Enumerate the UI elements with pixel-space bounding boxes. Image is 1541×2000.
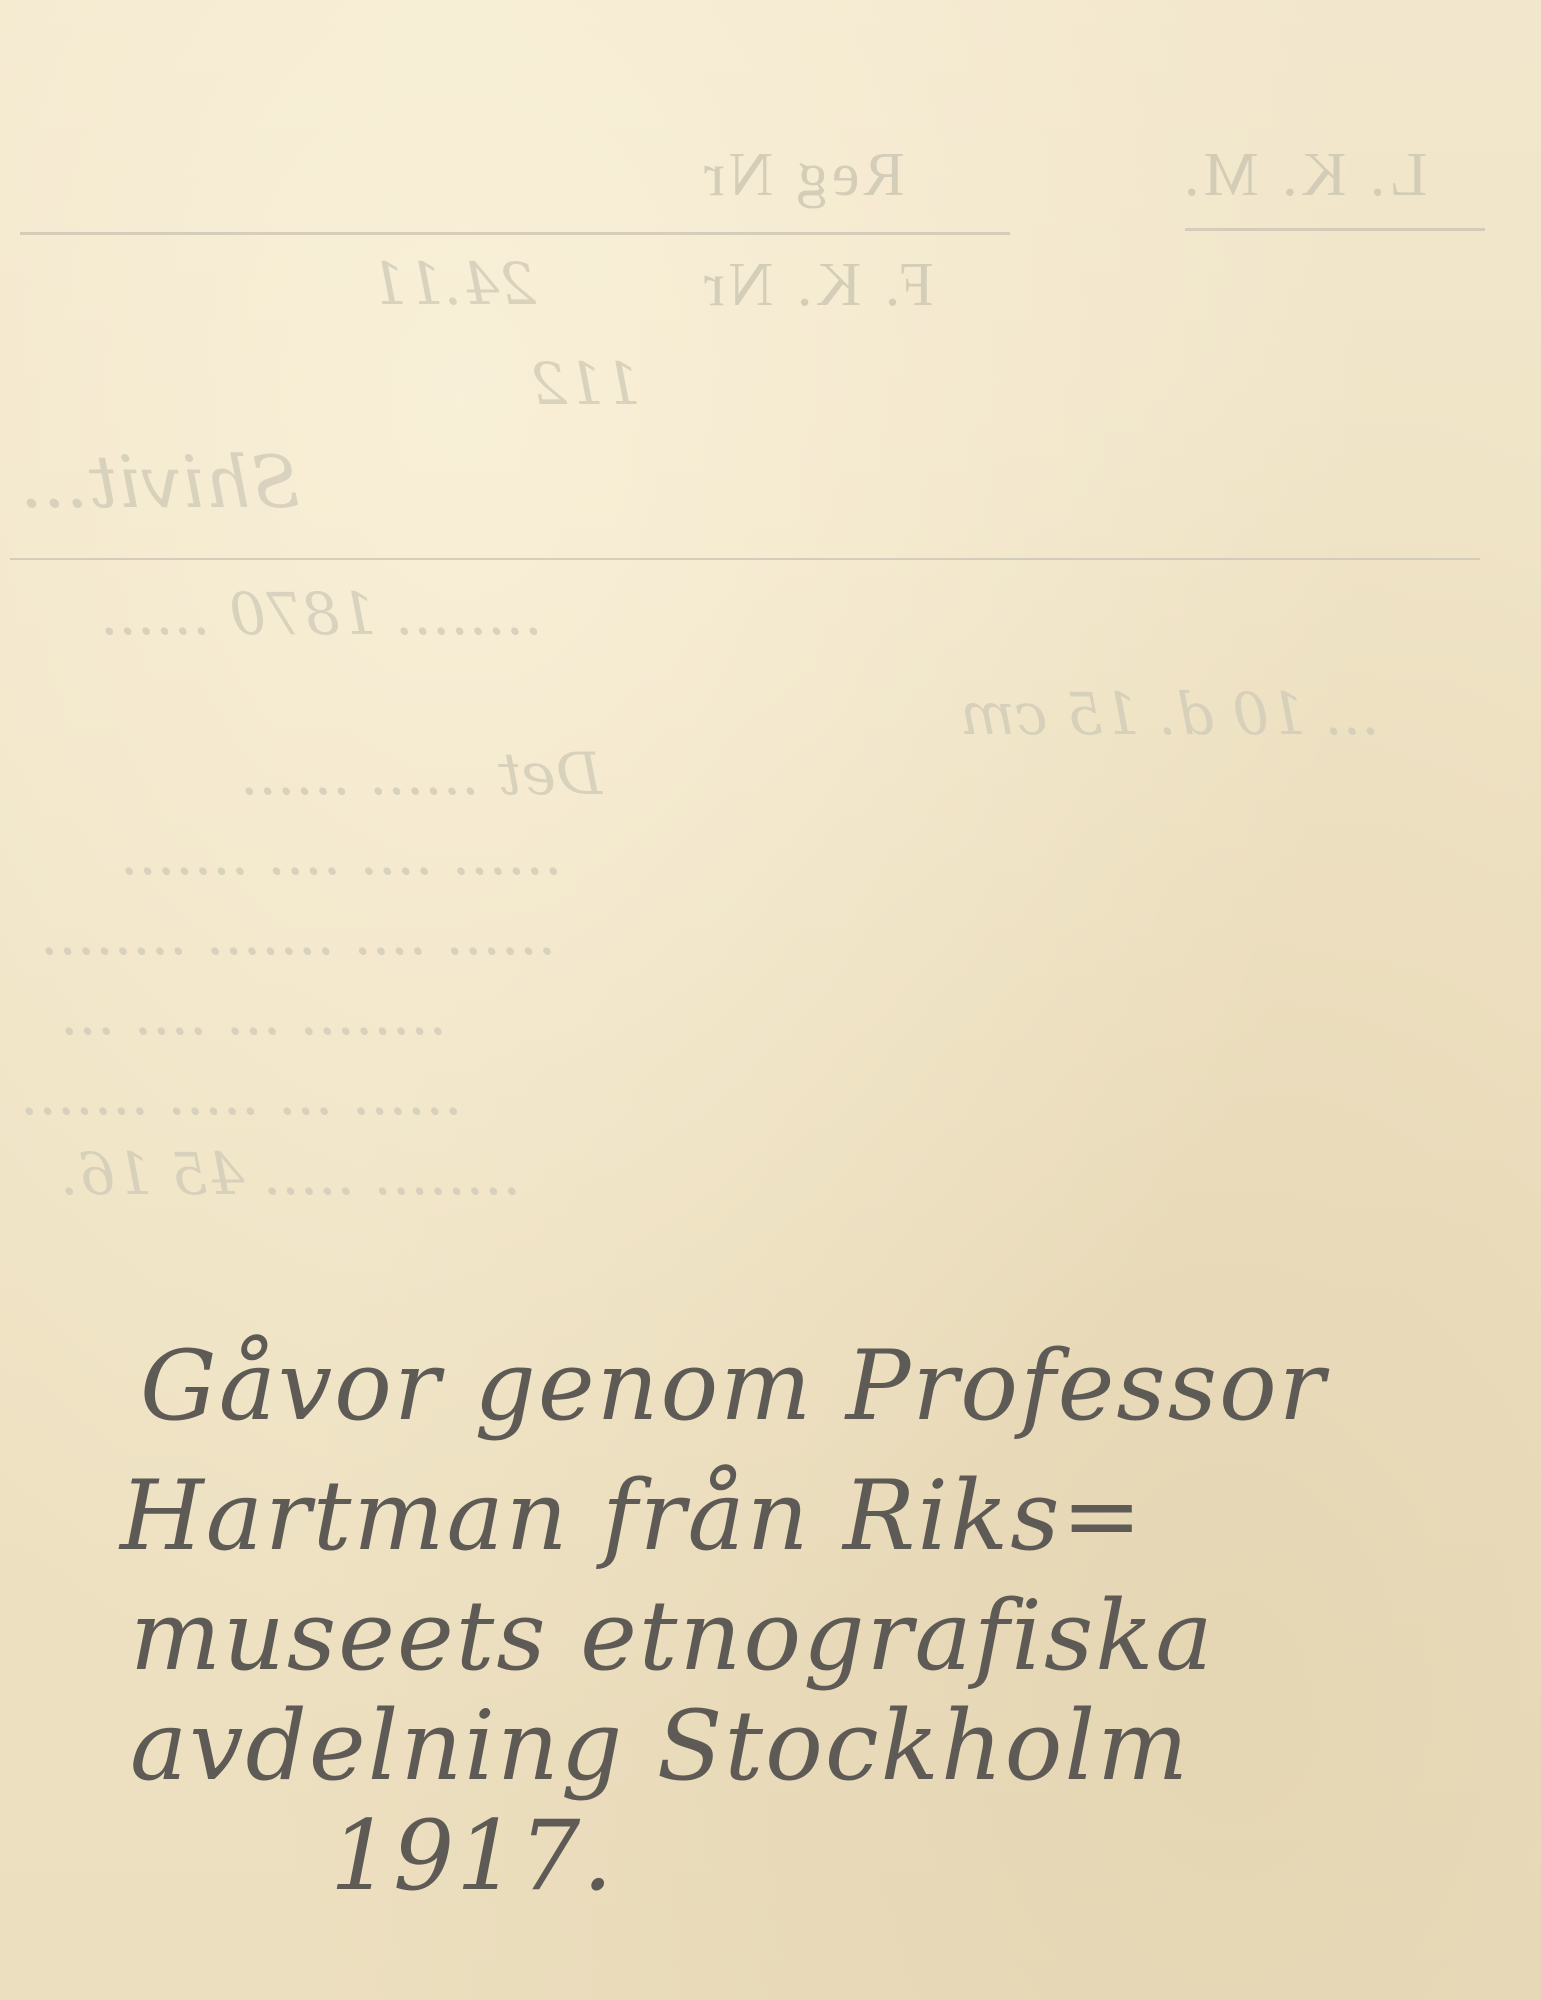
bleed-label-reg-nr: Reg Nr	[700, 140, 905, 211]
bleed-rule-main	[20, 232, 1010, 235]
note-line-3: museets etnografiska	[130, 1580, 1215, 1692]
bleed-rule-lkm	[1185, 228, 1485, 231]
bleed-hand-line: ........ 1870 ......	[100, 580, 543, 648]
bleed-hand-line: ...... .... ....... ........	[40, 900, 556, 968]
note-line-2: Hartman från Riks=	[120, 1460, 1144, 1572]
note-line-4: avdelning Stockholm	[130, 1690, 1190, 1802]
bleed-hand-line: Shivit...	[20, 440, 300, 524]
bleed-label-lkm: L. K. M.	[1180, 140, 1427, 211]
bleed-hand-line: ........ ..... 45 16.	[60, 1140, 521, 1208]
bleed-hand-line: 112	[530, 350, 641, 418]
bleed-rule-title	[10, 558, 1480, 560]
bleed-hand-line: Det ...... ......	[240, 740, 602, 808]
bleed-hand-line: ...... .... .... .......	[120, 820, 562, 888]
bleed-hand-line: ... 10 d. 15 cm	[960, 680, 1380, 748]
bleed-hand-line: ...... ... ..... .......	[20, 1060, 462, 1128]
bleed-hand-line: ........ ... .... ...	[60, 980, 447, 1048]
note-year: 1917.	[330, 1800, 615, 1912]
bleed-hand-line: 24.11	[370, 250, 536, 318]
note-line-1: Gåvor genom Professor	[140, 1330, 1327, 1442]
bleed-label-fk-nr: F. K. Nr	[700, 250, 934, 321]
document-page: L. K. M. Reg Nr F. K. Nr 24.11 112 Shivi…	[0, 0, 1541, 2000]
